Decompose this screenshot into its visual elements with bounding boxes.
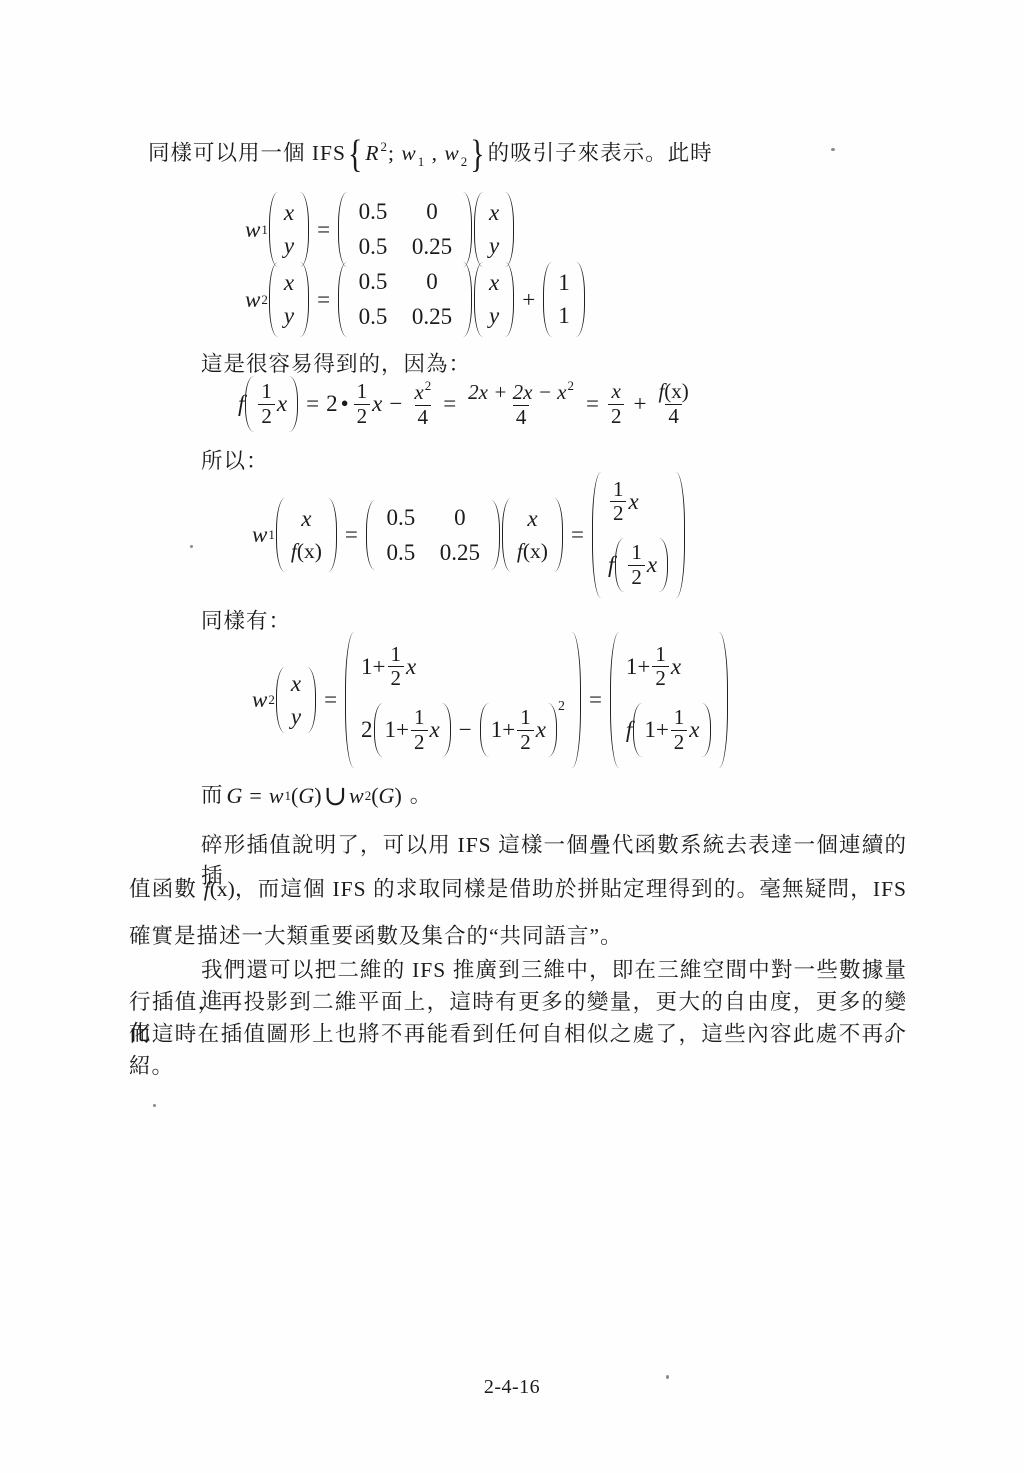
right-paren <box>576 262 585 337</box>
left-paren-glyph: ( <box>291 783 298 809</box>
left-paren <box>480 703 489 757</box>
column-entry: f12x <box>608 538 669 592</box>
math-x: x <box>527 506 537 532</box>
paragraph1-line2: 值函數 f(x)，而這個 IFS 的求取同樣是借助於拼貼定理得到的。毫無疑問，I… <box>129 874 907 905</box>
vector-x-fx: xf(x) <box>275 498 338 572</box>
equation-f-derivation: f 12x = 2•12x − x24 = 2x + 2x − x24 = x2… <box>238 376 694 432</box>
math-G: G <box>379 783 395 809</box>
matrix-cell: 0.5 <box>359 304 388 330</box>
math-G: G <box>227 783 243 809</box>
math-x: x <box>489 270 499 296</box>
right-paren <box>289 376 298 432</box>
fraction-half: 12 <box>258 380 275 428</box>
matrix-cell: 0.5 <box>387 505 416 531</box>
matrix-2x2: 0.500.50.25 <box>337 192 473 267</box>
right-paren <box>702 703 711 757</box>
union-symbol: ∪ <box>324 779 347 813</box>
left-paren <box>338 192 347 267</box>
math-x: x <box>277 391 287 417</box>
equals-sign: = <box>249 783 261 809</box>
left-paren <box>276 667 285 733</box>
vector-xy: xy <box>473 192 515 267</box>
matrix-cell: 0.5 <box>359 234 388 260</box>
matrix-cell: 0.5 <box>387 540 416 566</box>
left-paren <box>592 472 601 598</box>
matrix-cell: 0.5 <box>359 269 388 295</box>
semicolon: ; <box>388 141 401 165</box>
equals-sign: = <box>324 687 337 713</box>
math-w2-sub: 2 <box>461 154 469 169</box>
math-w: w <box>245 287 260 313</box>
fraction-x-over-2: x2 <box>608 380 625 428</box>
math-x: x <box>489 200 499 226</box>
math-y: y <box>489 303 499 329</box>
math-x: x <box>284 200 294 226</box>
right-paren <box>719 632 728 768</box>
paragraph1-line3: 確實是描述一大類重要函數及集合的“共同語言”。 <box>129 921 907 952</box>
equals-sign: = <box>443 391 456 417</box>
minus-sign: − <box>459 717 472 743</box>
matrix-2x2: 0.500.50.25 <box>337 262 473 337</box>
matrix-cell: 0.25 <box>412 234 452 260</box>
middle-column: 1+12x 21+12x − 1+12x2 <box>344 632 582 768</box>
left-paren <box>633 703 642 757</box>
period: 。 <box>410 780 432 811</box>
intro-text-post: 的吸引子來表示。此時 <box>488 141 713 165</box>
left-paren <box>474 262 483 337</box>
right-paren <box>548 703 557 757</box>
right-paren <box>554 498 563 572</box>
right-paren <box>463 262 472 337</box>
vector-cell: 1 <box>558 303 570 329</box>
and-word: 而 <box>201 780 223 811</box>
paragraph2-line3: 而這時在插值圖形上也將不再能看到任何自相似之處了，這些內容此處不再介 <box>129 1019 907 1050</box>
right-paren <box>328 498 337 572</box>
math-two: 2 <box>326 391 338 417</box>
page-number: 2-4-16 <box>0 1376 1024 1399</box>
matrix-cell: 0 <box>454 505 466 531</box>
right-paren <box>300 192 309 267</box>
column-entry: 1+12x <box>361 643 416 691</box>
fraction-xsq-over-4: x24 <box>411 379 434 429</box>
intro-line: 同樣可以用一個 IFS{R2; w1 , w2}的吸引子來表示。此時 <box>148 133 713 177</box>
comma: , <box>425 141 444 165</box>
matrix-cell: 0 <box>426 199 438 225</box>
vector-cell: 1 <box>558 270 570 296</box>
minus-sign: − <box>389 391 402 417</box>
right-paren <box>505 192 514 267</box>
left-paren <box>245 376 254 432</box>
math-x: x <box>372 391 382 417</box>
math-w: w <box>252 522 267 548</box>
left-paren <box>610 632 619 768</box>
math-R-exponent: 2 <box>381 139 389 154</box>
right-paren <box>505 262 514 337</box>
matrix-cell: 0.25 <box>440 540 480 566</box>
result-column: 12x f12x <box>591 472 686 598</box>
right-brace: } <box>470 126 485 183</box>
math-x: x <box>291 671 301 697</box>
plus-sign: + <box>522 287 535 313</box>
left-paren <box>615 538 624 592</box>
math-y: y <box>291 704 301 730</box>
paren-group: 12x <box>244 376 299 432</box>
right-paren <box>676 472 685 598</box>
vector-xy: xy <box>275 667 317 733</box>
column-entry: 21+12x − 1+12x2 <box>361 703 565 757</box>
right-paren <box>300 262 309 337</box>
math-w: w <box>245 217 260 243</box>
right-paren <box>659 538 668 592</box>
equals-sign: = <box>317 287 330 313</box>
equation-G-union: 而 G = w1(G) ∪ w2(G) 。 <box>201 779 431 813</box>
equals-sign: = <box>317 217 330 243</box>
math-w2: w <box>444 141 459 165</box>
plus-sign: + <box>633 391 646 417</box>
equation-w2-definition: w2 xy = 0.500.50.25 xy + 11 <box>245 262 586 337</box>
matrix-cell: 0.5 <box>359 199 388 225</box>
result-column: 1+12x f1+12x <box>609 632 729 768</box>
right-paren <box>307 667 316 733</box>
cdot: • <box>341 391 349 417</box>
equals-sign: = <box>571 522 584 548</box>
left-paren <box>345 632 354 768</box>
left-paren <box>474 192 483 267</box>
math-y: y <box>489 233 499 259</box>
matrix-cell: 0 <box>426 269 438 295</box>
column-entry: f1+12x <box>626 703 712 757</box>
fraction-fx-over-4: f(x)4 <box>655 380 691 428</box>
column-entry: 12x <box>608 478 639 526</box>
document-page: 同樣可以用一個 IFS{R2; w1 , w2}的吸引子來表示。此時 w1 xy… <box>0 0 1024 1473</box>
right-paren <box>442 703 451 757</box>
fraction-half: 12 <box>388 643 405 691</box>
math-y: y <box>284 233 294 259</box>
left-paren-glyph: ( <box>371 783 378 809</box>
vector-ones: 11 <box>542 262 586 337</box>
math-w: w <box>252 687 267 713</box>
scan-speck <box>831 148 835 151</box>
right-paren-glyph: ) <box>314 783 321 809</box>
left-paren <box>269 192 278 267</box>
left-brace: { <box>348 126 363 183</box>
equals-sign: = <box>306 391 319 417</box>
ifs-label: IFS <box>312 141 346 165</box>
scan-speck <box>153 1104 156 1107</box>
vector-xy: xy <box>473 262 515 337</box>
exponent-2: 2 <box>558 699 565 715</box>
fraction-half: 12 <box>652 643 669 691</box>
equation-w1-definition: w1 xy = 0.500.50.25 xy <box>245 192 515 267</box>
math-w: w <box>349 783 364 809</box>
matrix-2x2: 0.500.50.25 <box>365 500 501 570</box>
equals-sign: = <box>589 687 602 713</box>
equation-w2-applied: w2 xy = 1+12x 21+12x − 1+12x2 = 1+12x f1… <box>252 632 729 768</box>
left-paren <box>276 498 285 572</box>
fraction-middle: 2x + 2x − x24 <box>465 379 577 429</box>
vector-xy: xy <box>268 192 310 267</box>
matrix-cell: 0.25 <box>412 304 452 330</box>
fraction-half: 12 <box>628 541 645 589</box>
equation-w1-applied: w1 xf(x) = 0.500.50.25 xf(x) = 12x f12x <box>252 472 686 598</box>
fraction-half: 12 <box>610 478 627 526</box>
right-paren <box>491 500 500 570</box>
scan-speck <box>190 545 193 548</box>
left-paren <box>502 498 511 572</box>
left-paren <box>374 703 383 757</box>
left-paren <box>338 262 347 337</box>
left-paren <box>543 262 552 337</box>
left-paren <box>269 262 278 337</box>
math-y: y <box>284 303 294 329</box>
vector-x-fx: xf(x) <box>501 498 564 572</box>
intro-text-pre: 同樣可以用一個 <box>148 141 312 165</box>
math-R: R <box>365 141 379 165</box>
paragraph2-line4: 紹。 <box>129 1051 907 1082</box>
equals-sign: = <box>586 391 599 417</box>
left-paren <box>366 500 375 570</box>
math-w: w <box>269 783 284 809</box>
column-entry: 1+12x <box>626 643 681 691</box>
right-paren <box>572 632 581 768</box>
equals-sign: = <box>345 522 358 548</box>
math-w1: w <box>401 141 416 165</box>
right-paren <box>463 192 472 267</box>
math-G: G <box>298 783 314 809</box>
math-x: x <box>284 270 294 296</box>
right-paren-glyph: ) <box>394 783 401 809</box>
math-x: x <box>301 506 311 532</box>
vector-xy: xy <box>268 262 310 337</box>
fraction-half: 12 <box>354 380 371 428</box>
